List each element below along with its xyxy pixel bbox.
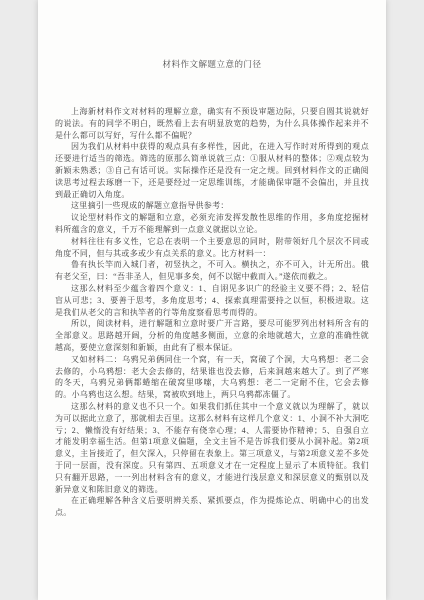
paragraph: 因为我们从材料中获得的观点具有多样性，因此，在进入写作时对所得到的观点还要进行适… (55, 141, 369, 200)
paragraph: 材料往往有多义性，它总在表明一个主要意思的同时，附带领好几个层次不同或角度不同，… (55, 236, 369, 260)
paragraph: 在正确理解各种含义后要明辨关系、紧抓要点，作为提炼论点、明确中心的出发点。 (55, 495, 369, 519)
paragraph: 上海新材料作文对材料的理解立意，确实有不预设审题边际，只要自圆其说就好的说法。有… (55, 106, 369, 141)
paragraph: 这里摘引一些现成的解题立意指导供参考： (55, 200, 369, 212)
paragraph: 这那么材料至少蕴含着四个意义：1、自诩见多识广的经验主义要不得；2、轻信盲从可悲… (55, 283, 369, 318)
paragraph: 这那么材料的意义也不只一个。如果我们抓住其中一个意义就以为理解了，就以为可以据此… (55, 401, 369, 495)
document-body: 上海新材料作文对材料的理解立意，确实有不预设审题边际，只要自圆其说就好的说法。有… (55, 106, 369, 519)
paragraph: 议论型材料作文的解题和立意，必须充沛发挥发散性思维的作用，多角度挖掘材料所蕴含的… (55, 212, 369, 236)
paragraph: 所以，阅读材料，进行解题和立意时要广开言路，要尽可能罗列出材料所含有的全部意义。… (55, 318, 369, 353)
document-page: 材料作文解题立意的门径 上海新材料作文对材料的理解立意，确实有不预设审题边际，只… (38, 0, 386, 600)
paragraph: 又如材料二：乌鸦兄弟俩同住一个窝，有一天，窝破了个洞，大乌鸦想：老二会去修的，小… (55, 354, 369, 401)
document-title: 材料作文解题立意的门径 (55, 58, 369, 70)
page-background: 材料作文解题立意的门径 上海新材料作文对材料的理解立意，确实有不预设审题边际，只… (0, 0, 424, 600)
paragraph: 鲁有执长竿而入城门者，初竖执之，不可入。横执之，亦不可入，计无所出。俄有老父至，… (55, 259, 369, 283)
